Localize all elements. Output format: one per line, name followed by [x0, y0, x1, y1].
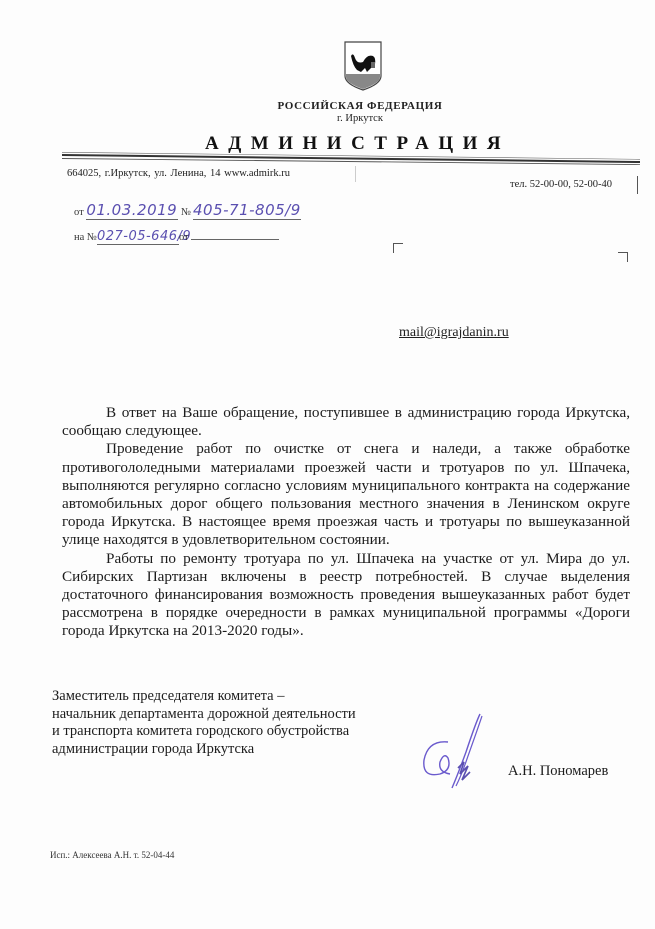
organization-address: 664025, г.Иркутск, ул. Ленина, 14 www.ad… — [67, 168, 290, 179]
header-divider — [62, 151, 640, 165]
incoming-date — [191, 228, 279, 240]
address-bracket-right — [618, 252, 628, 262]
in-reply-date-label: от — [179, 232, 189, 243]
body-paragraph: В ответ на Ваше обращение, поступившее в… — [62, 404, 630, 440]
position-line: администрации города Иркутска — [52, 741, 402, 759]
body-paragraph: Работы по ремонту тротуара по ул. Шпачек… — [62, 550, 630, 641]
coat-of-arms-icon — [343, 40, 383, 92]
position-line: начальник департамента дорожной деятельн… — [52, 706, 402, 724]
outgoing-number: 405-71-805/9 — [193, 201, 301, 220]
number-label: № — [181, 207, 191, 218]
signer-name: А.Н. Пономарев — [508, 763, 608, 780]
organization-phone: тел. 52-00-00, 52-00-40 — [510, 179, 612, 190]
outgoing-reference: от 01.03.2019 №405-71-805/9 — [74, 201, 301, 220]
position-line: и транспорта комитета городского обустро… — [52, 723, 402, 741]
divider — [637, 176, 638, 194]
country-name: РОССИЙСКАЯ ФЕДЕРАЦИЯ — [275, 100, 445, 112]
incoming-number: 027-05-646/9 — [97, 229, 179, 245]
date-label: от — [74, 207, 84, 218]
signatory-position: Заместитель председателя комитета – нача… — [52, 688, 402, 758]
divider — [355, 166, 356, 182]
outgoing-date: 01.03.2019 — [86, 201, 178, 220]
handwritten-signature-icon — [418, 712, 488, 792]
executor-info: Исп.: Алексеева А.Н. т. 52-04-44 — [50, 850, 174, 860]
recipient-email[interactable]: mail@igrajdanin.ru — [399, 325, 509, 341]
position-line: Заместитель председателя комитета – — [52, 688, 402, 706]
body-paragraph: Проведение работ по очистке от снега и н… — [62, 440, 630, 549]
address-bracket-left — [393, 243, 403, 253]
city-name: г. Иркутск — [275, 113, 445, 124]
letter-body: В ответ на Ваше обращение, поступившее в… — [62, 404, 630, 641]
in-reply-label: на № — [74, 232, 97, 243]
incoming-reference: на №027-05-646/9от — [74, 228, 279, 245]
